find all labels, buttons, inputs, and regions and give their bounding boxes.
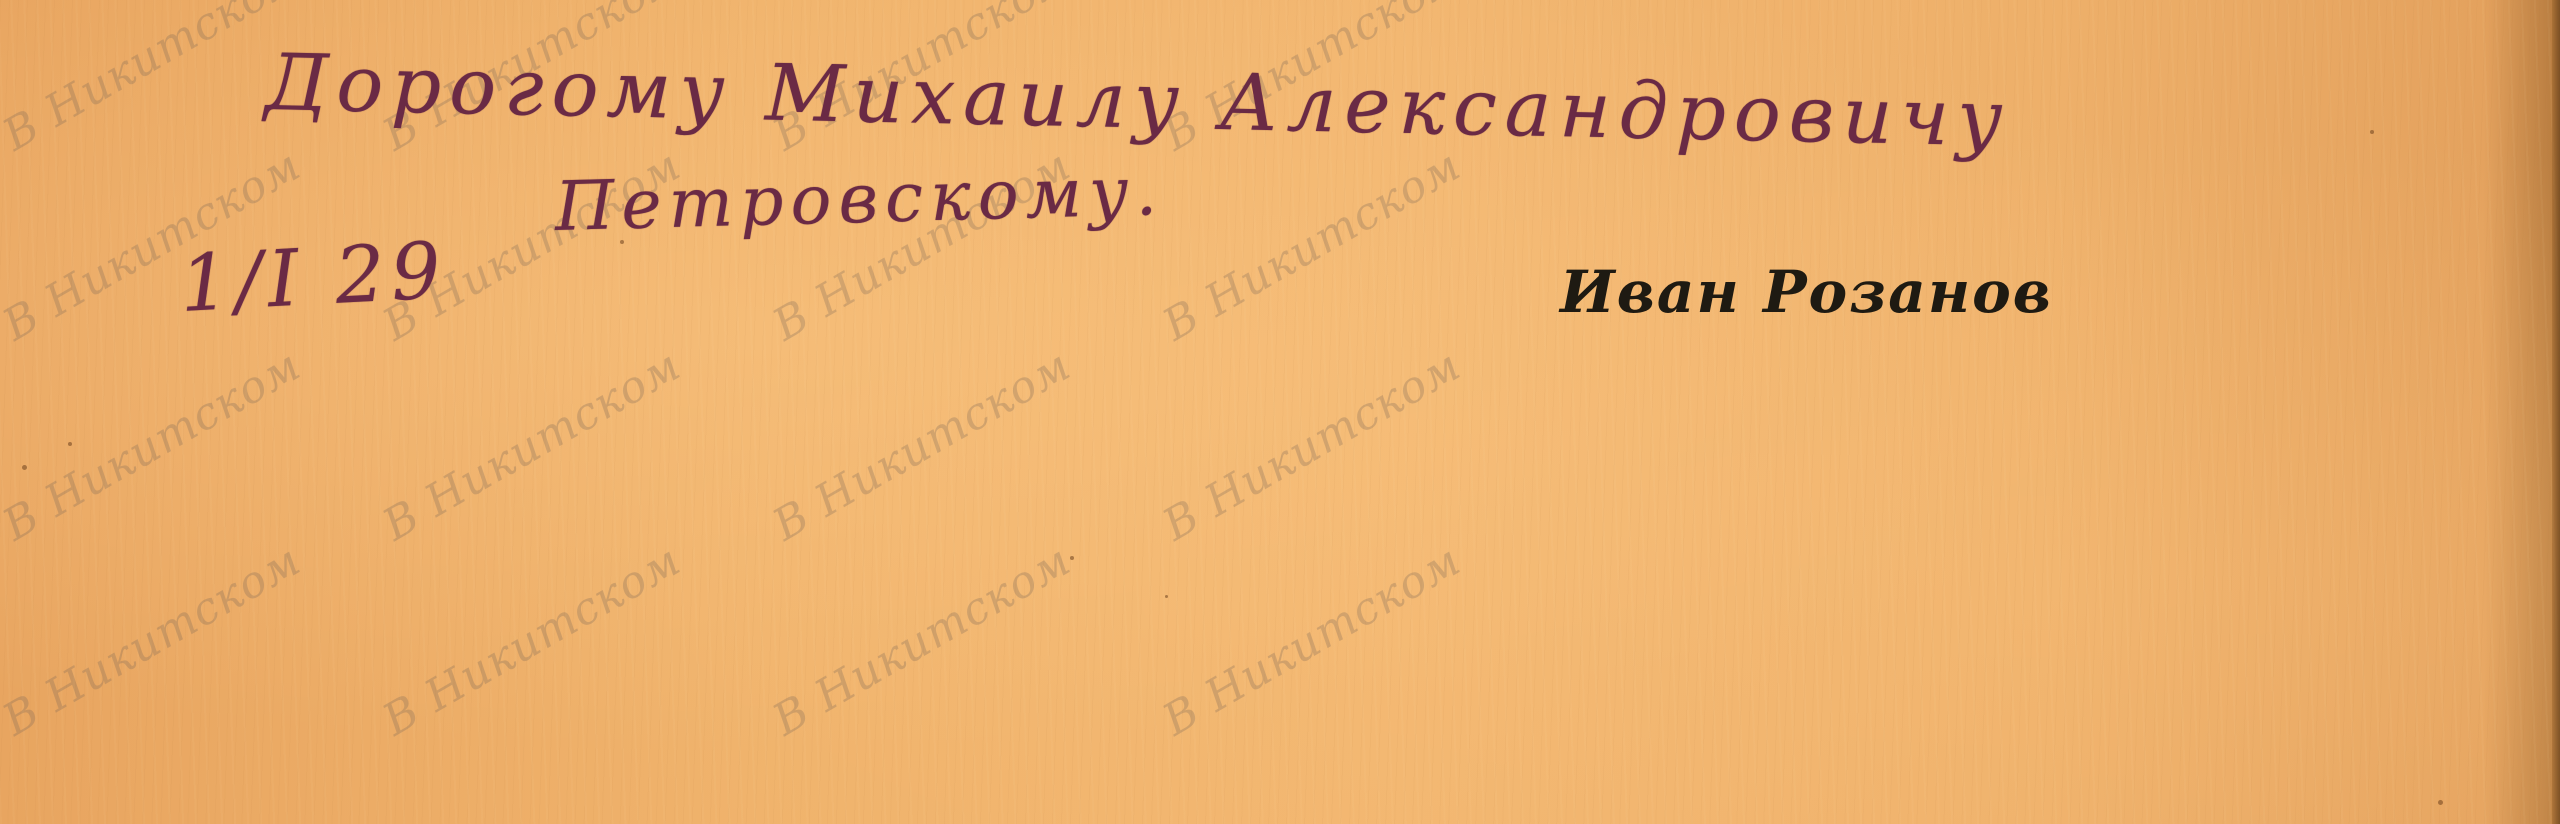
watermark: В Никитском xyxy=(375,535,690,746)
watermark: В Никитском xyxy=(1155,535,1470,746)
watermark: В Никитском xyxy=(1155,140,1470,351)
paper-speck xyxy=(1165,595,1168,598)
inscription-date: 1/I 29 xyxy=(178,226,449,330)
watermark: В Никитском xyxy=(0,0,309,161)
watermark: В Никитском xyxy=(765,535,1080,746)
page-edge xyxy=(2552,0,2560,824)
watermark: В Никитском xyxy=(0,340,309,551)
paper-speck xyxy=(68,442,72,446)
watermark: В Никитском xyxy=(1155,340,1470,551)
document-page: В Никитском В Никитском В Никитском В Ни… xyxy=(0,0,2560,824)
printed-author-name: Иван Розанов xyxy=(1560,258,2053,326)
inscription-line-1: Дорогому Михаилу Александровичу xyxy=(264,38,2011,165)
paper-speck xyxy=(620,240,624,244)
inscription-line-2: Петровскому. xyxy=(554,152,1165,247)
paper-speck xyxy=(1070,556,1074,560)
watermark: В Никитском xyxy=(0,535,309,746)
paper-speck xyxy=(2438,800,2443,805)
paper-speck xyxy=(22,465,27,470)
watermark: В Никитском xyxy=(375,340,690,551)
paper-speck xyxy=(2370,130,2374,134)
watermark: В Никитском xyxy=(765,340,1080,551)
